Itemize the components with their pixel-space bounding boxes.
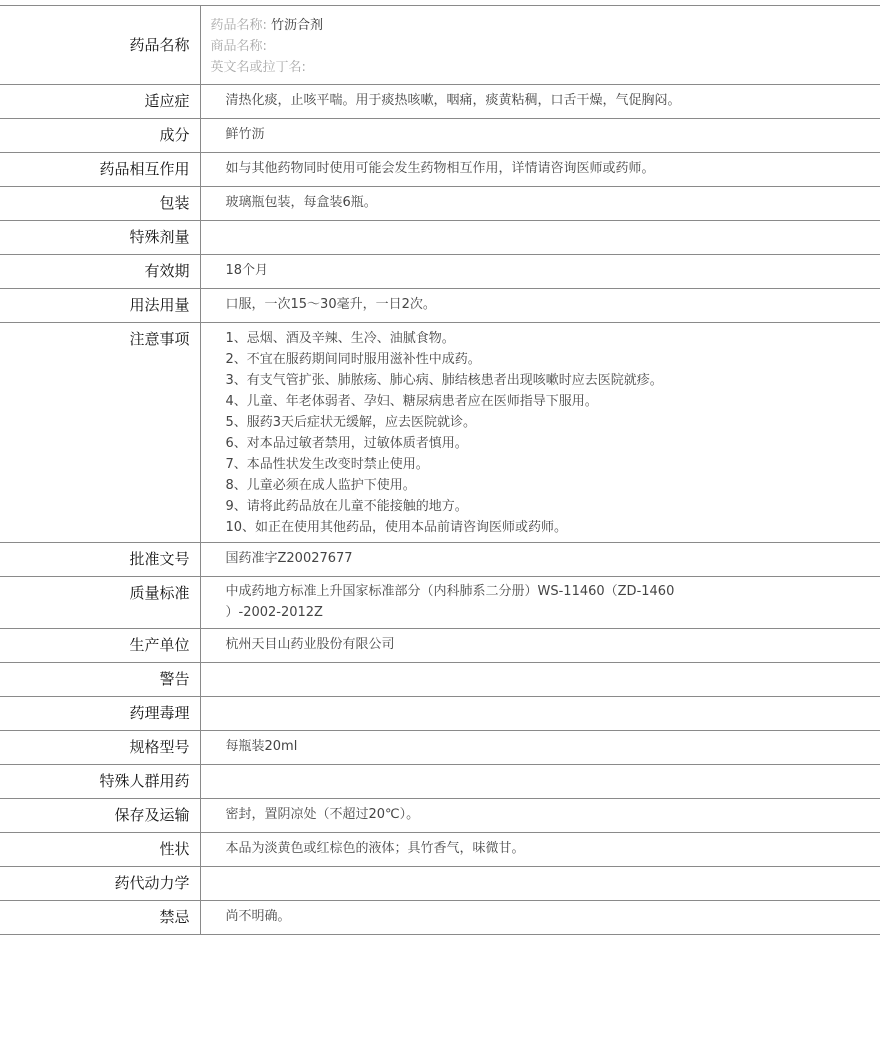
- list-item: 3、有支气管扩张、肺脓疡、肺心病、肺结核患者出现咳嗽时应去医院就疹。: [226, 370, 871, 391]
- table-row-specification: 规格型号 每瓶装20ml: [0, 731, 880, 765]
- row-value: 鲜竹沥: [200, 119, 880, 153]
- table-row-approval-number: 批准文号 国药准字Z20027677: [0, 543, 880, 577]
- english-name-line: 英文名或拉丁名:: [211, 57, 871, 78]
- row-label: 警告: [0, 663, 200, 697]
- row-label: 适应症: [0, 85, 200, 119]
- table-row-warning: 警告: [0, 663, 880, 697]
- list-item: 10、如正在使用其他药品，使用本品前请咨询医师或药师。: [226, 517, 871, 538]
- table-row-ingredients: 成分 鲜竹沥: [0, 119, 880, 153]
- row-label: 规格型号: [0, 731, 200, 765]
- row-label: 用法用量: [0, 289, 200, 323]
- list-item: 2、不宜在服药期间同时服用滋补性中成药。: [226, 349, 871, 370]
- quality-line-1: 中成药地方标准上升国家标准部分（内科肺系二分册）WS-11460（ZD-1460: [226, 581, 871, 602]
- row-label: 成分: [0, 119, 200, 153]
- table-row-indications: 适应症 清热化痰，止咳平喘。用于痰热咳嗽，咽痛，痰黄粘稠，口舌干燥，气促胸闷。: [0, 85, 880, 119]
- row-label: 特殊剂量: [0, 221, 200, 255]
- table-row-interactions: 药品相互作用 如与其他药物同时使用可能会发生药物相互作用，详情请咨询医师或药师。: [0, 153, 880, 187]
- quality-standard-value: 中成药地方标准上升国家标准部分（内科肺系二分册）WS-11460（ZD-1460…: [200, 577, 880, 629]
- row-value: [200, 663, 880, 697]
- table-row-storage: 保存及运输 密封，置阴凉处（不超过20℃）。: [0, 799, 880, 833]
- table-row-contraindications: 禁忌 尚不明确。: [0, 901, 880, 935]
- table-row-precautions: 注意事项 1、忌烟、酒及辛辣、生冷、油腻食物。 2、不宜在服药期间同时服用滋补性…: [0, 323, 880, 543]
- table-row-packaging: 包装 玻璃瓶包装，每盒装6瓶。: [0, 187, 880, 221]
- table-row-shelf-life: 有效期 18个月: [0, 255, 880, 289]
- generic-name-value: 竹沥合剂: [271, 18, 323, 33]
- row-value: [200, 867, 880, 901]
- english-name-key: 英文名或拉丁名:: [211, 60, 306, 75]
- row-value: 口服，一次15～30毫升，一日2次。: [200, 289, 880, 323]
- list-item: 4、儿童、年老体弱者、孕妇、糖尿病患者应在医师指导下服用。: [226, 391, 871, 412]
- row-value: 每瓶装20ml: [200, 731, 880, 765]
- row-label: 性状: [0, 833, 200, 867]
- generic-name-key: 药品名称:: [211, 18, 267, 33]
- table-row-manufacturer: 生产单位 杭州天目山药业股份有限公司: [0, 629, 880, 663]
- row-label: 包装: [0, 187, 200, 221]
- generic-name-line: 药品名称: 竹沥合剂: [211, 15, 871, 36]
- row-label: 保存及运输: [0, 799, 200, 833]
- row-value: [200, 765, 880, 799]
- list-item: 8、儿童必须在成人监护下使用。: [226, 475, 871, 496]
- row-label: 药代动力学: [0, 867, 200, 901]
- row-value: 国药准字Z20027677: [200, 543, 880, 577]
- precautions-list-cell: 1、忌烟、酒及辛辣、生冷、油腻食物。 2、不宜在服药期间同时服用滋补性中成药。 …: [200, 323, 880, 543]
- list-item: 6、对本品过敏者禁用，过敏体质者慎用。: [226, 433, 871, 454]
- table-row-pharmacology: 药理毒理: [0, 697, 880, 731]
- table-row-dosage: 用法用量 口服，一次15～30毫升，一日2次。: [0, 289, 880, 323]
- row-label: 批准文号: [0, 543, 200, 577]
- row-value: 尚不明确。: [200, 901, 880, 935]
- row-label: 特殊人群用药: [0, 765, 200, 799]
- table-row-pharmacokinetics: 药代动力学: [0, 867, 880, 901]
- precautions-list: 1、忌烟、酒及辛辣、生冷、油腻食物。 2、不宜在服药期间同时服用滋补性中成药。 …: [226, 328, 871, 538]
- trade-name-key: 商品名称:: [211, 39, 267, 54]
- row-value: 本品为淡黄色或红棕色的液体；具竹香气，味微甘。: [200, 833, 880, 867]
- row-label: 禁忌: [0, 901, 200, 935]
- list-item: 1、忌烟、酒及辛辣、生冷、油腻食物。: [226, 328, 871, 349]
- row-value: [200, 697, 880, 731]
- table-row-special-populations: 特殊人群用药: [0, 765, 880, 799]
- row-value: 清热化痰，止咳平喘。用于痰热咳嗽，咽痛，痰黄粘稠，口舌干燥，气促胸闷。: [200, 85, 880, 119]
- row-value: 密封，置阴凉处（不超过20℃）。: [200, 799, 880, 833]
- row-label: 药品相互作用: [0, 153, 200, 187]
- row-label: 药理毒理: [0, 697, 200, 731]
- table-row-quality-standard: 质量标准 中成药地方标准上升国家标准部分（内科肺系二分册）WS-11460（ZD…: [0, 577, 880, 629]
- list-item: 9、请将此药品放在儿童不能接触的地方。: [226, 496, 871, 517]
- row-value: 18个月: [200, 255, 880, 289]
- list-item: 5、服药3天后症状无缓解，应去医院就诊。: [226, 412, 871, 433]
- row-value: [200, 221, 880, 255]
- row-label: 有效期: [0, 255, 200, 289]
- row-label: 质量标准: [0, 577, 200, 629]
- list-item: 7、本品性状发生改变时禁止使用。: [226, 454, 871, 475]
- row-value: 杭州天目山药业股份有限公司: [200, 629, 880, 663]
- row-value: 如与其他药物同时使用可能会发生药物相互作用，详情请咨询医师或药师。: [200, 153, 880, 187]
- drug-spec-table: 药品名称 药品名称: 竹沥合剂 商品名称: 英文名或拉丁名: 适应症 清热化痰，…: [0, 5, 880, 935]
- row-value: 玻璃瓶包装，每盒装6瓶。: [200, 187, 880, 221]
- row-label: 生产单位: [0, 629, 200, 663]
- table-row-special-dosage: 特殊剂量: [0, 221, 880, 255]
- table-row-description: 性状 本品为淡黄色或红棕色的液体；具竹香气，味微甘。: [0, 833, 880, 867]
- row-label: 药品名称: [0, 6, 200, 85]
- row-label: 注意事项: [0, 323, 200, 543]
- drug-name-values: 药品名称: 竹沥合剂 商品名称: 英文名或拉丁名:: [200, 6, 880, 85]
- quality-line-2: ）-2002-2012Z: [226, 602, 871, 623]
- table-row-drug-name: 药品名称 药品名称: 竹沥合剂 商品名称: 英文名或拉丁名:: [0, 6, 880, 85]
- trade-name-line: 商品名称:: [211, 36, 871, 57]
